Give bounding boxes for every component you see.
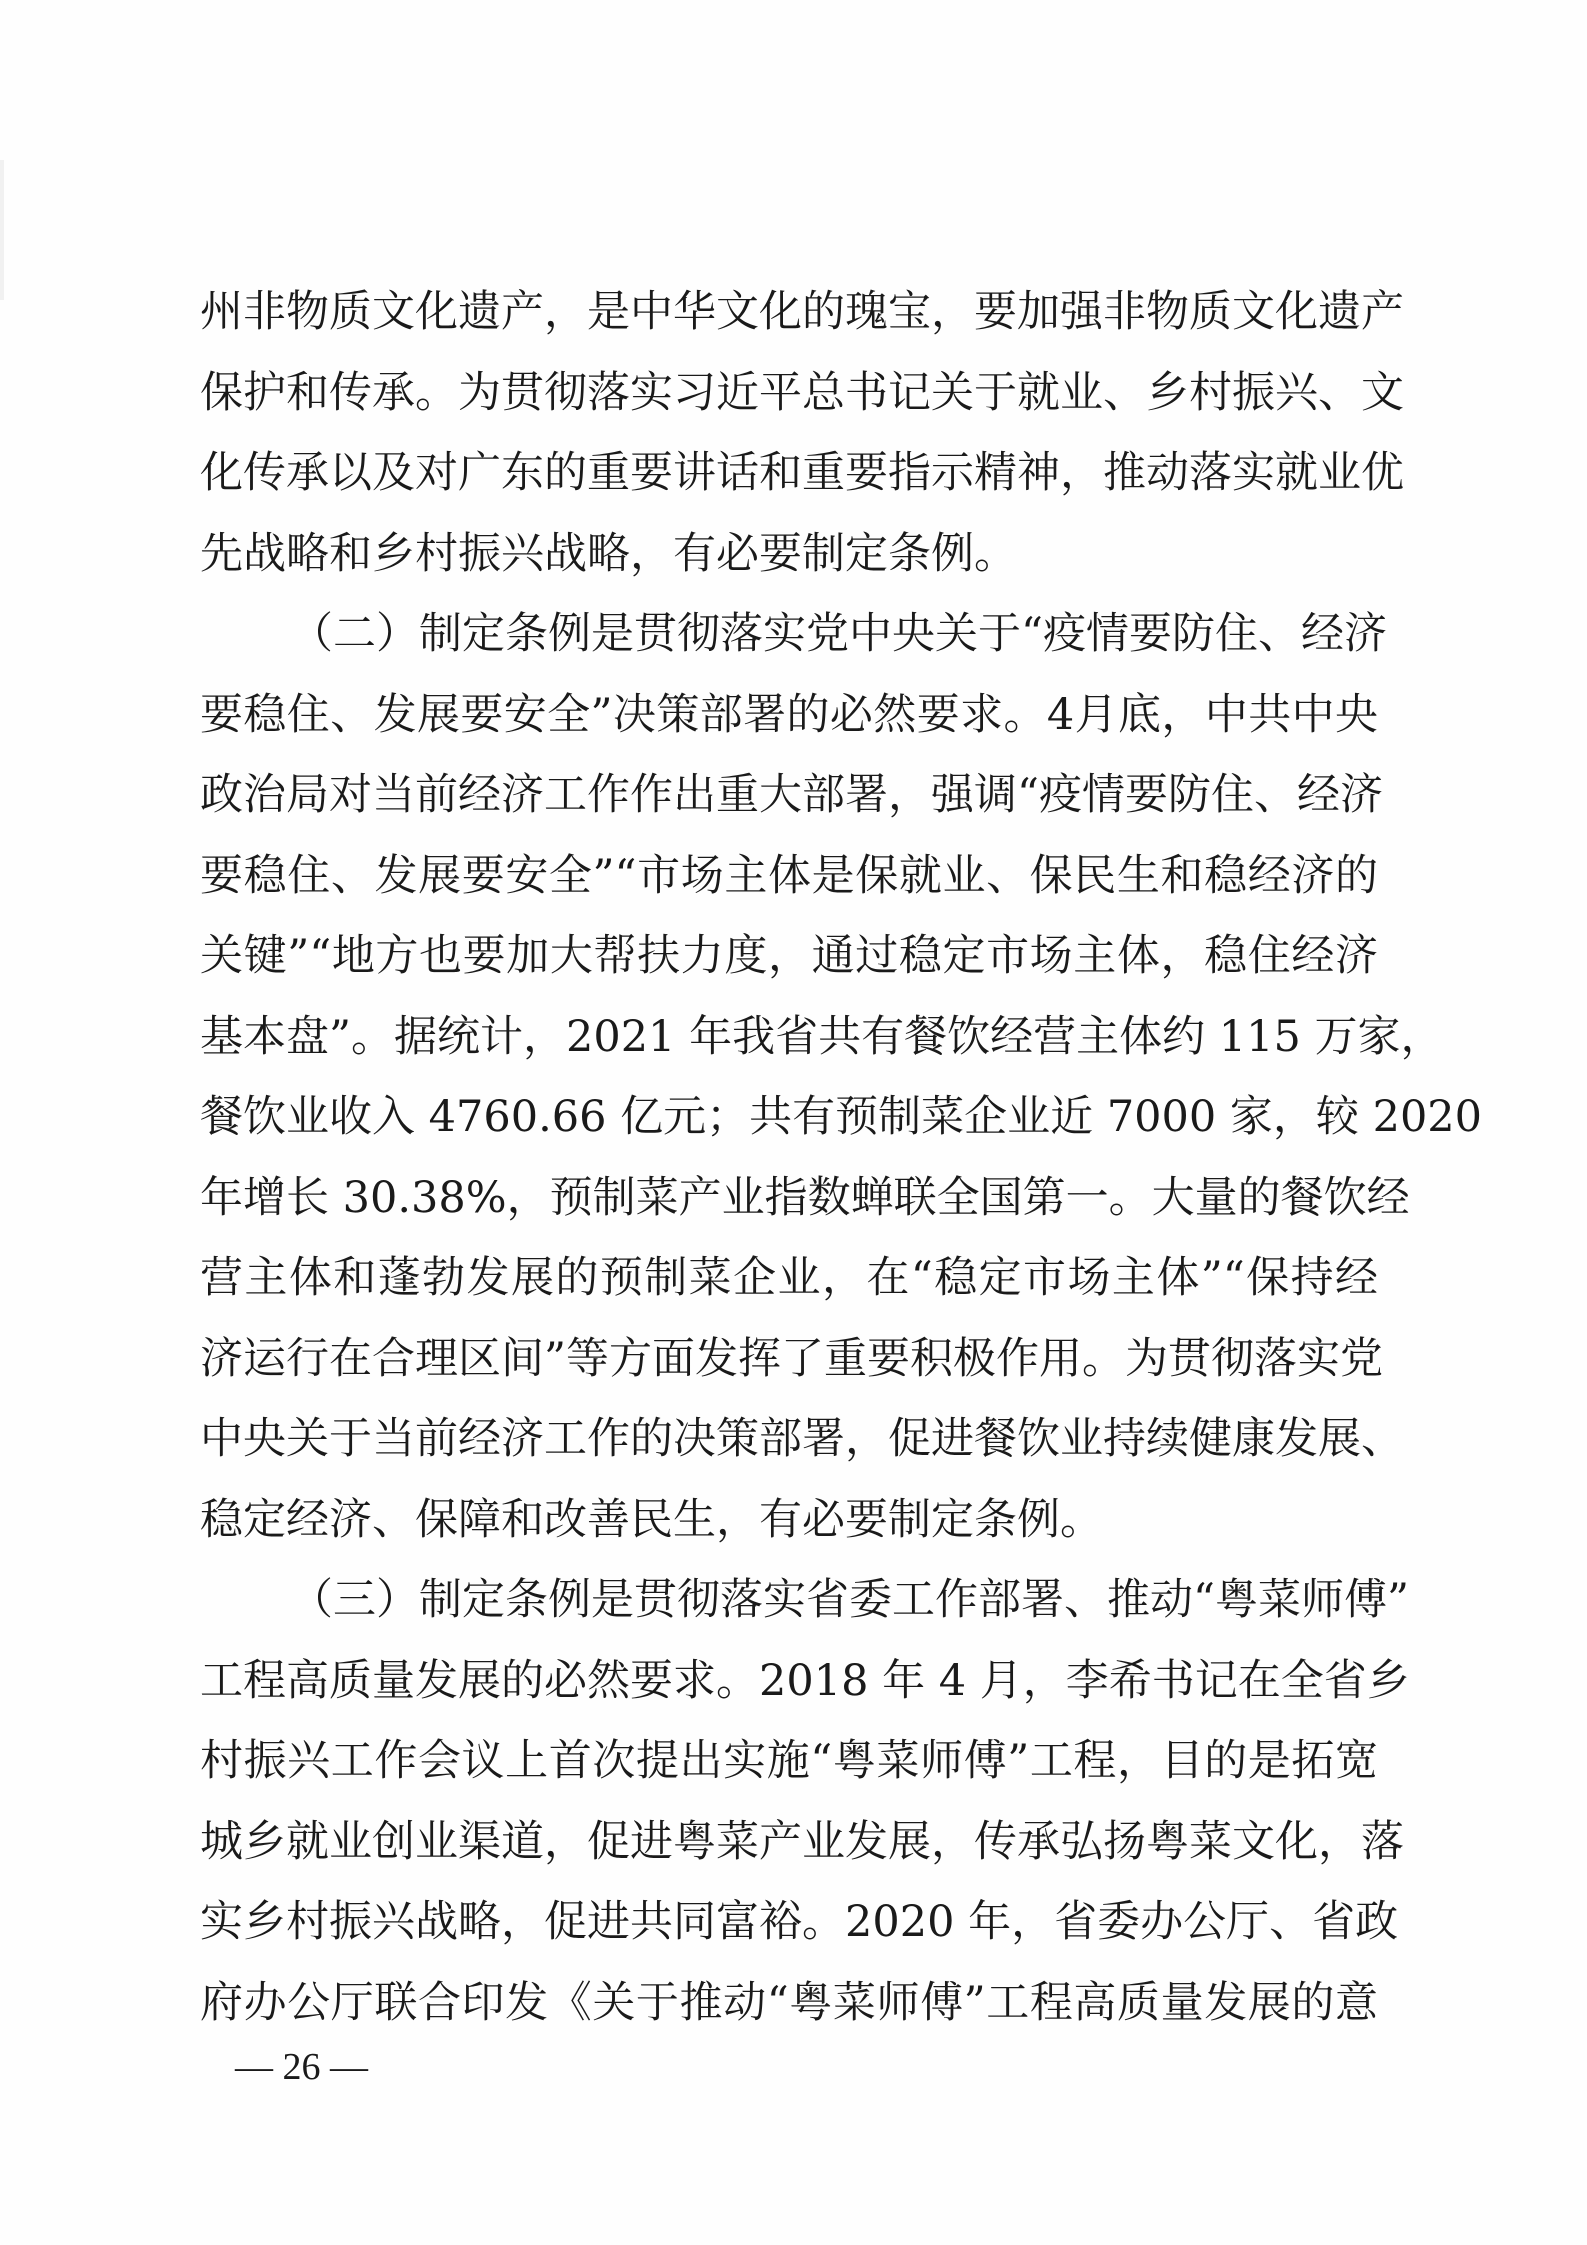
text-line: 要稳住、发展要安全”“市场主体是保就业、保民生和稳经济的 [200,836,1378,917]
text-line: 先战略和乡村振兴战略，有必要制定条例。 [200,514,1378,595]
page-number: — 26 — [235,2042,368,2092]
text-line: 济运行在合理区间”等方面发挥了重要积极作用。为贯彻落实党 [200,1319,1378,1400]
text-line: 要稳住、发展要安全”决策部署的必然要求。4月底，中共中央 [200,675,1378,756]
text-line: 村振兴工作会议上首次提出实施“粤菜师傅”工程，目的是拓宽 [200,1721,1378,1802]
body-text: 州非物质文化遗产，是中华文化的瑰宝，要加强非物质文化遗产 保护和传承。为贯彻落实… [200,272,1378,2043]
text-line: 餐饮业收入 4760.66 亿元；共有预制菜企业近 7000 家，较 2020 [200,1077,1378,1158]
text-line: 州非物质文化遗产，是中华文化的瑰宝，要加强非物质文化遗产 [200,272,1378,353]
text-line: 保护和传承。为贯彻落实习近平总书记关于就业、乡村振兴、文 [200,353,1378,434]
text-line: 营主体和蓬勃发展的预制菜企业，在“稳定市场主体”“保持经 [200,1238,1378,1319]
document-page: 州非物质文化遗产，是中华文化的瑰宝，要加强非物质文化遗产 保护和传承。为贯彻落实… [0,0,1587,2245]
text-line: 实乡村振兴战略，促进共同富裕。2020 年，省委办公厅、省政 [200,1882,1378,1963]
text-line: 府办公厅联合印发《关于推动“粤菜师傅”工程高质量发展的意 [200,1963,1378,2044]
text-line: 化传承以及对广东的重要讲话和重要指示精神，推动落实就业优 [200,433,1378,514]
scan-edge-mark [0,160,4,300]
section-heading-line: （三）制定条例是贯彻落实省委工作部署、推动“粤菜师傅” [200,1560,1378,1641]
text-line: 年增长 30.38%，预制菜产业指数蝉联全国第一。大量的餐饮经 [200,1158,1378,1239]
text-line: 城乡就业创业渠道，促进粤菜产业发展，传承弘扬粤菜文化，落 [200,1802,1378,1883]
text-line: 关键”“地方也要加大帮扶力度，通过稳定市场主体，稳住经济 [200,916,1378,997]
paragraph-continued: 州非物质文化遗产，是中华文化的瑰宝，要加强非物质文化遗产 保护和传承。为贯彻落实… [200,272,1378,594]
section-heading-line: （二）制定条例是贯彻落实党中央关于“疫情要防住、经济 [200,594,1378,675]
text-line: 政治局对当前经济工作作出重大部署，强调“疫情要防住、经济 [200,755,1378,836]
paragraph-section-two: （二）制定条例是贯彻落实党中央关于“疫情要防住、经济 要稳住、发展要安全”决策部… [200,594,1378,1560]
paragraph-section-three: （三）制定条例是贯彻落实省委工作部署、推动“粤菜师傅” 工程高质量发展的必然要求… [200,1560,1378,2043]
text-line: 稳定经济、保障和改善民生，有必要制定条例。 [200,1480,1378,1561]
text-line: 基本盘”。据统计，2021 年我省共有餐饮经营主体约 115 万家， [200,997,1378,1078]
text-line: 工程高质量发展的必然要求。2018 年 4 月，李希书记在全省乡 [200,1641,1378,1722]
text-line: 中央关于当前经济工作的决策部署，促进餐饮业持续健康发展、 [200,1399,1378,1480]
